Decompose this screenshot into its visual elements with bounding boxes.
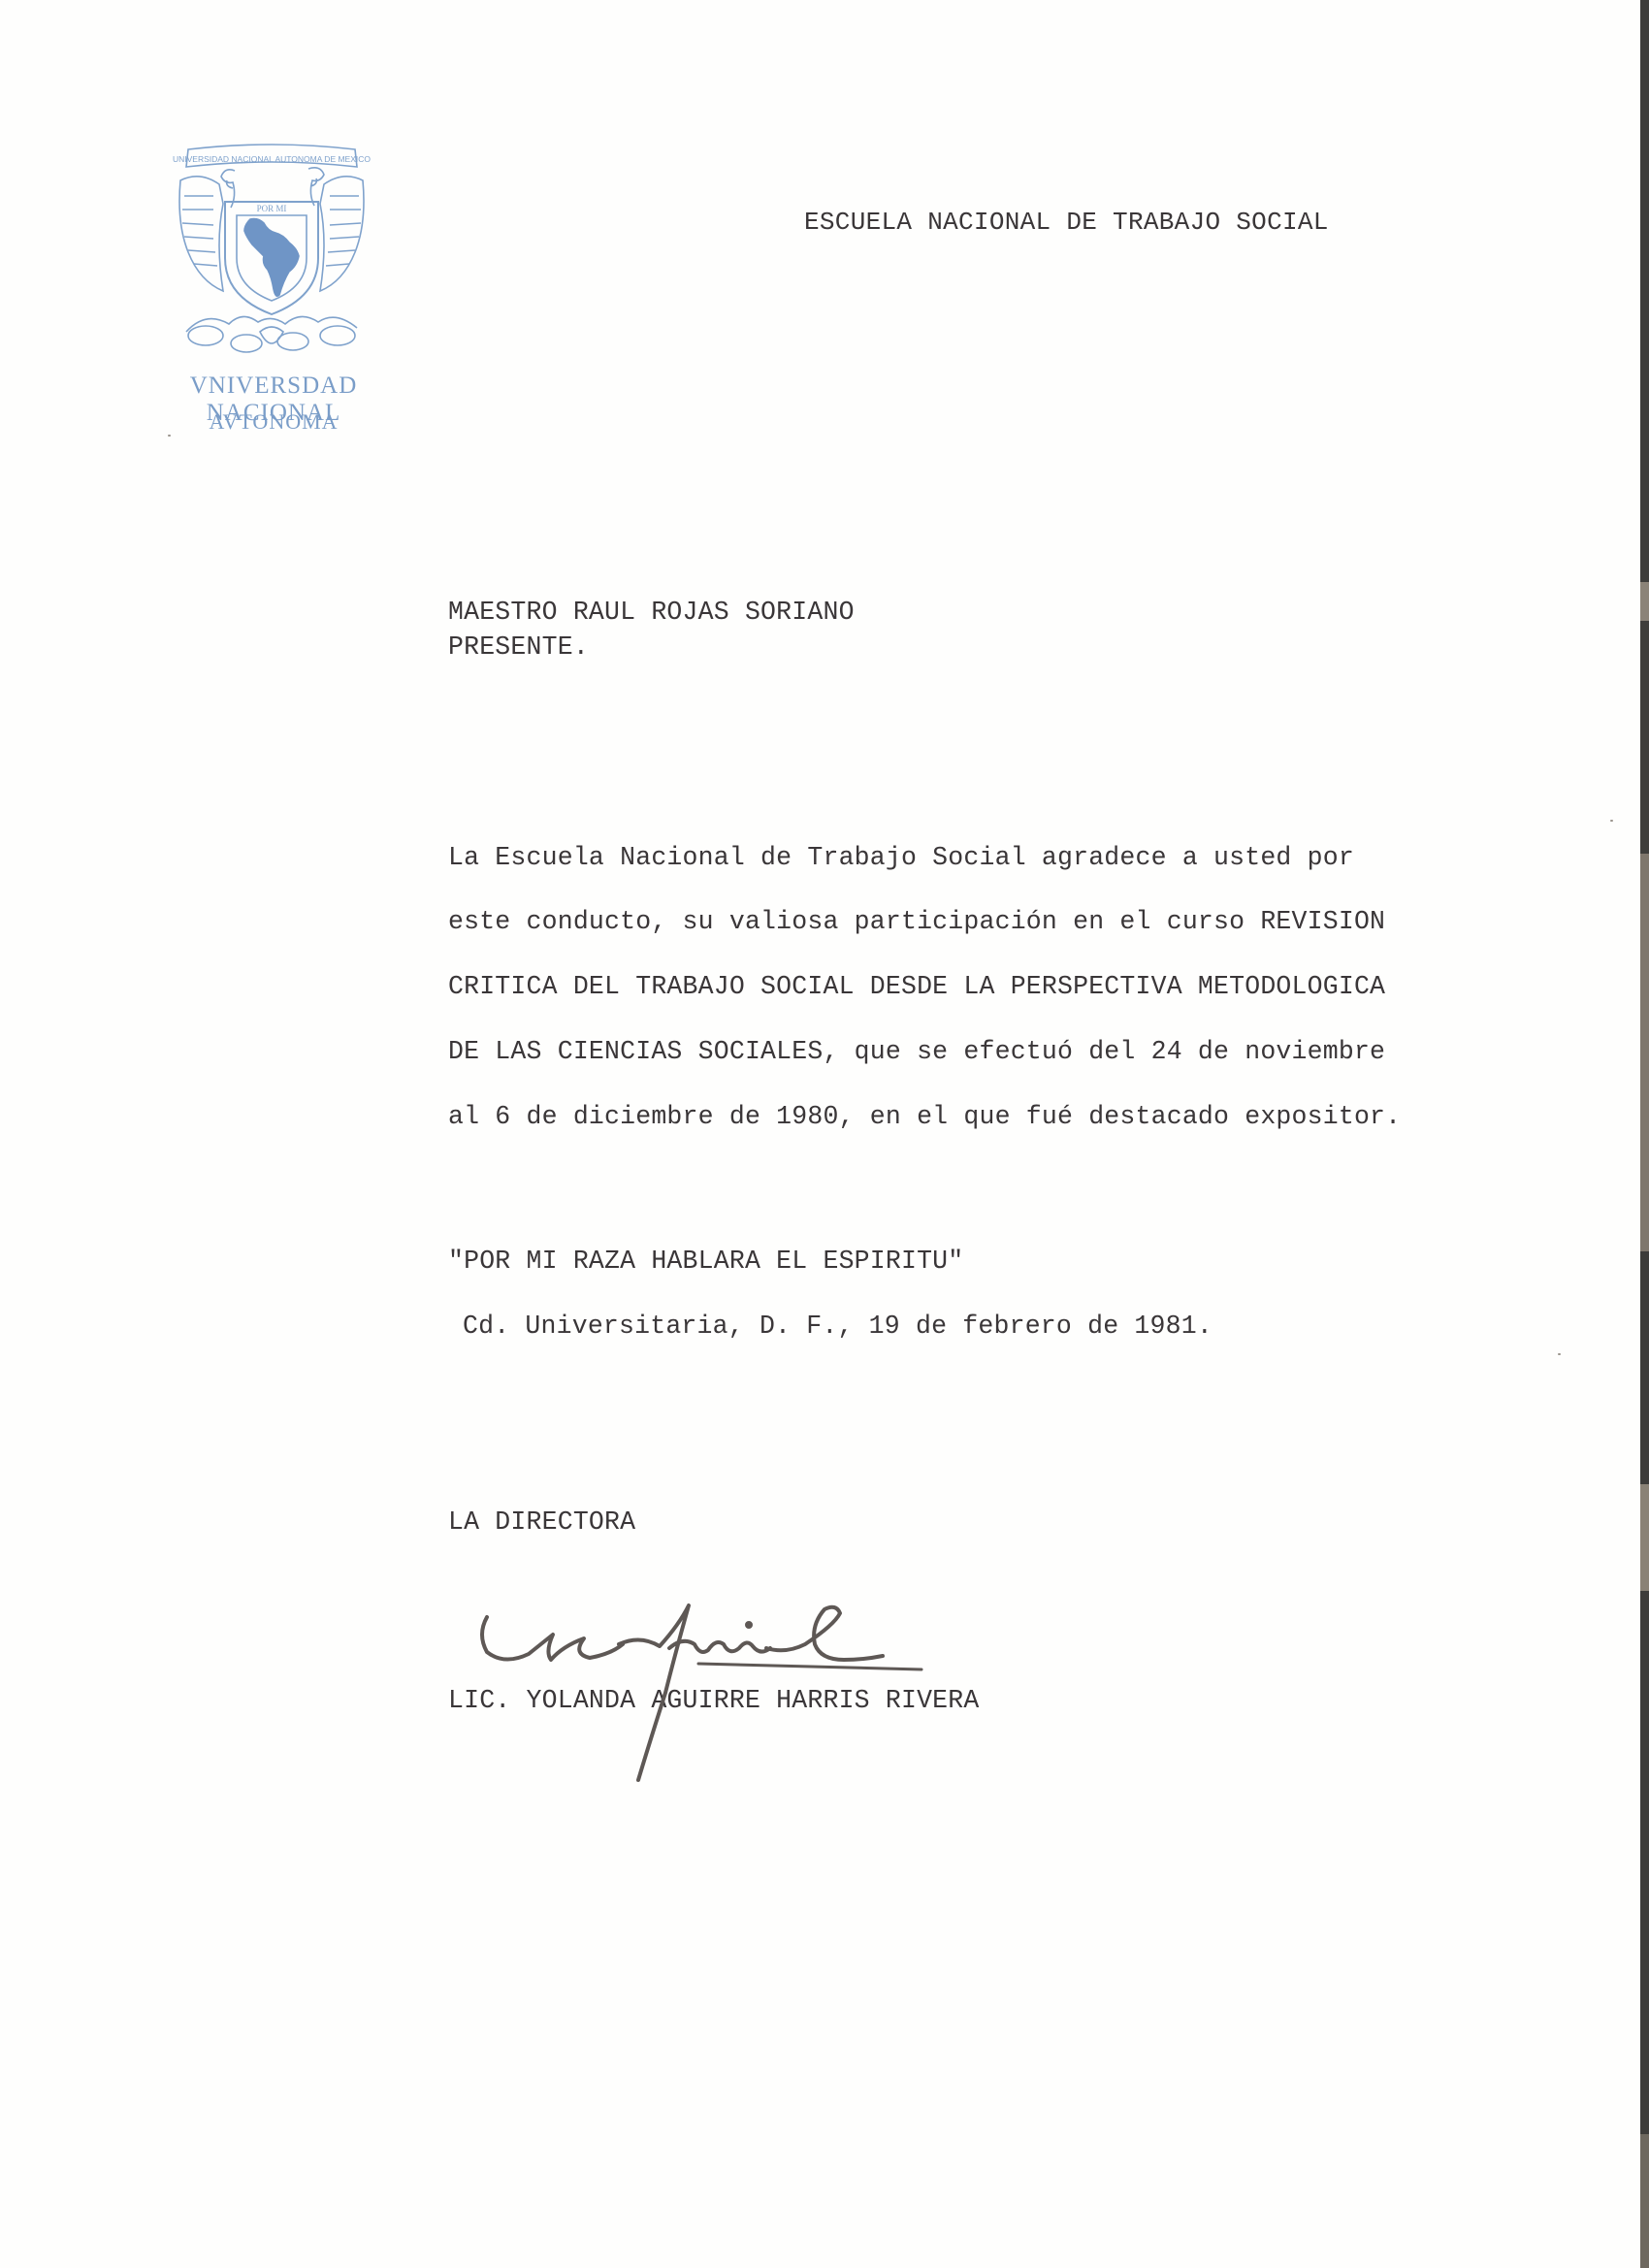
place-date: Cd. Universitaria, D. F., 19 de febrero … (463, 1312, 1212, 1341)
scanner-edge (1640, 0, 1649, 2268)
scan-speck (168, 435, 171, 437)
scan-speck (1558, 1353, 1561, 1355)
crest-motto-top: POR MI (257, 204, 287, 213)
scan-speck (1610, 820, 1613, 822)
crest-banner-text: UNIVERSIDAD NACIONAL AUTONOMA DE MEXICO (173, 154, 371, 164)
signer-title: LA DIRECTORA (448, 1507, 635, 1537)
body-line: este conducto, su valiosa participación … (448, 907, 1385, 936)
university-name-line2: AVTONOMA (136, 409, 411, 435)
recipient-name: MAESTRO RAUL ROJAS SORIANO (448, 598, 855, 627)
school-name-heading: ESCUELA NACIONAL DE TRABAJO SOCIAL (804, 208, 1329, 237)
body-line: al 6 de diciembre de 1980, en el que fué… (448, 1102, 1401, 1131)
signer-name: LIC. YOLANDA AGUIRRE HARRIS RIVERA (448, 1686, 980, 1715)
recipient-presente: PRESENTE. (448, 632, 589, 662)
body-line: DE LAS CIENCIAS SOCIALES, que se efectuó… (448, 1037, 1385, 1066)
body-line: CRITICA DEL TRABAJO SOCIAL DESDE LA PERS… (448, 972, 1385, 1001)
unam-crest-logo: UNIVERSIDAD NACIONAL AUTONOMA DE MEXICO … (167, 142, 376, 359)
closing-motto: "POR MI RAZA HABLARA EL ESPIRITU" (448, 1247, 963, 1276)
body-line: La Escuela Nacional de Trabajo Social ag… (448, 843, 1354, 872)
